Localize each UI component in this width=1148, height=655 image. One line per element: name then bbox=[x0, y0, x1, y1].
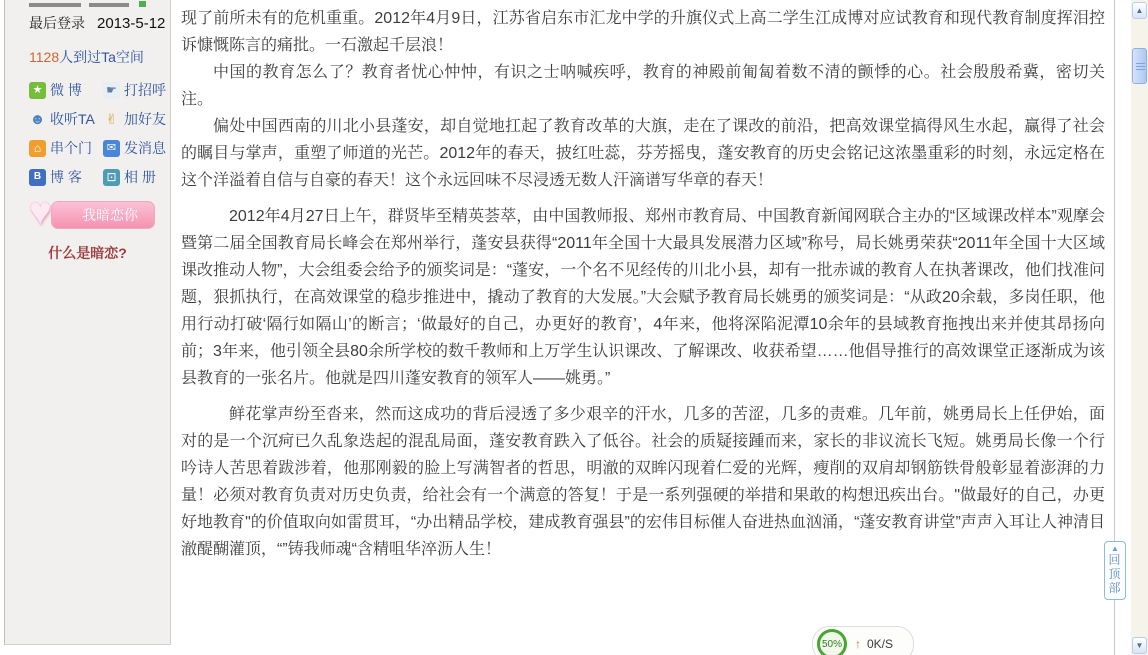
greet-icon bbox=[103, 82, 120, 99]
crush-button-wrap: 我暗恋你 ♥ bbox=[39, 201, 155, 231]
article-content: 现了前所未有的危机重重。2012年4月9日，江苏省启东市汇龙中学的升旗仪式上高二… bbox=[181, 0, 1105, 655]
scroll-up-button[interactable]: ▲ bbox=[1132, 2, 1147, 19]
visitor-count-link[interactable]: 1128人到过Ta空间 bbox=[5, 33, 170, 67]
weibo-icon bbox=[29, 82, 46, 99]
chevron-down-icon: ▼ bbox=[1136, 641, 1144, 650]
chevron-up-icon: ▲ bbox=[1136, 6, 1144, 15]
crush-button[interactable]: 我暗恋你 bbox=[51, 201, 155, 229]
cutoff-row bbox=[5, 0, 170, 7]
network-speed-text: 0K/S bbox=[867, 637, 893, 651]
sidebar-item-blog[interactable]: 博 客 bbox=[29, 167, 103, 187]
visitor-count-text: 人到过Ta空间 bbox=[59, 49, 144, 65]
visitor-count: 1128 bbox=[29, 49, 59, 65]
sidebar-item-label: 打招呼 bbox=[124, 80, 166, 100]
sidebar-item-album[interactable]: 相 册 bbox=[103, 167, 177, 187]
sidebar-item-label: 串个门 bbox=[50, 138, 92, 158]
back-to-top-button[interactable]: ▲ 回顶部 bbox=[1104, 541, 1126, 600]
what-is-crush-link[interactable]: 什么是暗恋? bbox=[5, 243, 170, 263]
last-login-label: 最后登录 bbox=[29, 15, 85, 31]
album-icon bbox=[103, 169, 120, 186]
sidebar-item-label: 收听TA bbox=[50, 109, 95, 129]
sidebar-item-label: 微 博 bbox=[50, 80, 82, 100]
blog-page: 最后登录2013-5-12 1128人到过Ta空间 微 博 打招呼 收听TA 加… bbox=[0, 0, 1148, 655]
zoom-level-badge[interactable]: 50% bbox=[817, 629, 847, 655]
thumb-grip-icon bbox=[1136, 63, 1145, 71]
article-paragraph: 鲜花掌声纷至沓来，然而这成功的背后浸透了多少艰辛的汗水，几多的苦涩，几多的责难。… bbox=[181, 401, 1105, 563]
profile-sidebar: 最后登录2013-5-12 1128人到过Ta空间 微 博 打招呼 收听TA 加… bbox=[4, 0, 171, 645]
up-triangle-icon: ▲ bbox=[1105, 545, 1125, 553]
article-paragraph: 偏处中国西南的川北小县蓬安，却自觉地扛起了教育改革的大旗，走在了课改的前沿，把高… bbox=[181, 113, 1105, 194]
listen-icon bbox=[29, 111, 46, 128]
message-icon bbox=[103, 140, 120, 157]
vertical-scrollbar[interactable]: ▲ ▼ bbox=[1131, 0, 1148, 655]
sidebar-item-weibo[interactable]: 微 博 bbox=[29, 80, 103, 100]
add-friend-icon bbox=[103, 111, 120, 128]
article-paragraph: 中国的教育怎么了？教育者忧心忡忡，有识之士呐喊疾呼，教育的神殿前匍匐着数不清的颤… bbox=[181, 59, 1105, 113]
sidebar-item-label: 相 册 bbox=[124, 167, 156, 187]
blog-icon bbox=[29, 169, 46, 186]
article-paragraph: 2012年4月27日上午，群贤毕至精英荟萃，由中国教师报、郑州市教育局、中国教育… bbox=[181, 203, 1105, 392]
browser-speed-widget[interactable]: 50% ↑ 0K/S bbox=[812, 626, 914, 655]
upload-arrow-icon: ↑ bbox=[855, 637, 861, 651]
profile-actions-grid: 微 博 打招呼 收听TA 加好友 串个门 发消息 bbox=[5, 67, 170, 187]
article-paragraph: 现了前所未有的危机重重。2012年4月9日，江苏省启东市汇龙中学的升旗仪式上高二… bbox=[181, 5, 1105, 59]
sidebar-item-greet[interactable]: 打招呼 bbox=[103, 80, 177, 100]
scroll-down-button[interactable]: ▼ bbox=[1132, 637, 1147, 654]
scrollbar-thumb[interactable] bbox=[1132, 48, 1147, 84]
sidebar-item-label: 加好友 bbox=[124, 109, 166, 129]
sidebar-item-listen[interactable]: 收听TA bbox=[29, 109, 103, 129]
sidebar-item-add-friend[interactable]: 加好友 bbox=[103, 109, 177, 129]
sidebar-item-label: 发消息 bbox=[124, 138, 166, 158]
visit-home-icon bbox=[29, 140, 46, 157]
back-to-top-label: 回顶部 bbox=[1108, 553, 1122, 595]
heart-icon: ♥ bbox=[29, 193, 52, 231]
last-login-date: 2013-5-12 bbox=[97, 15, 165, 32]
sidebar-item-message[interactable]: 发消息 bbox=[103, 138, 177, 158]
last-login-row: 最后登录2013-5-12 bbox=[5, 7, 170, 33]
sidebar-item-label: 博 客 bbox=[50, 167, 82, 187]
sidebar-item-visit-home[interactable]: 串个门 bbox=[29, 138, 103, 158]
